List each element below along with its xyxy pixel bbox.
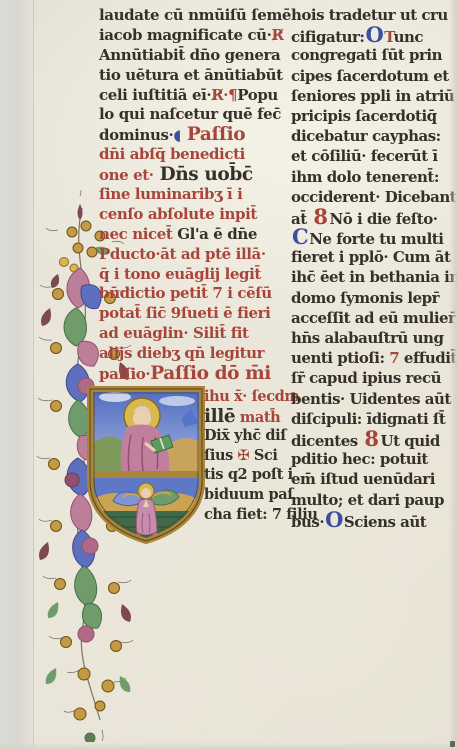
text-segment-ink: Sciens aūt: [344, 513, 426, 531]
text-line: hn̄s alabauſtrū ung: [291, 328, 457, 348]
text-segment-ink: domo ſymonis lepr̄: [291, 289, 439, 307]
text-segment-red: ✠: [238, 447, 250, 464]
text-line: dicentes 8Ut quid: [291, 429, 457, 449]
text-line: uenti ptioſi: 7 effudit̄: [291, 348, 457, 368]
text-segment-ink: Popu: [237, 86, 278, 104]
text-line: ſeniores ppli in atriū: [291, 86, 457, 106]
text-column-left: laudate cū nmūiſū ſemēiacob magnificate …: [99, 6, 291, 384]
text-line: et cōſiliū· fecerūt ī: [291, 146, 457, 166]
text-line: em̄ iſtud uenūdari: [291, 469, 457, 489]
text-line: acceſſit ad eū mulier̄: [291, 308, 457, 328]
text-segment-red: nec nicet̄: [99, 225, 172, 243]
text-line: ſr̄ capud ipius recū: [291, 368, 457, 388]
text-segment-ink: Nō i die feſto·: [330, 210, 438, 228]
miniature-divider-band: [90, 471, 202, 478]
text-line: laudate cū nmūiſū ſemē: [99, 6, 291, 26]
text-column-right: hois tradetur ut crucifigatur:OTunccongr…: [291, 5, 457, 530]
text-line: cifigatur:OTunc: [291, 25, 457, 45]
text-line: nec nicet̄ Gl'a ē dn̄e: [99, 225, 291, 245]
text-segment-ink: cifigatur:: [291, 28, 364, 46]
text-segment-ink: cipes ſacerdotum et: [291, 67, 449, 85]
text-line: CNe forte tu multi: [291, 227, 457, 247]
text-segment-ink: illē: [204, 406, 235, 427]
text-segment-red: potat̄ ſic̄ 9ſueti ē fieri: [99, 304, 270, 322]
text-line: pricipis ſacerdotiq̄: [291, 106, 457, 126]
text-segment-ink: bentis· Uidentes aūt: [291, 390, 451, 408]
text-segment-ink: Dn̄s uob̄c̄: [154, 164, 253, 185]
text-segment-ink: acceſſit ad eū mulier̄: [291, 309, 456, 327]
text-segment-ink: congregati ſūt prin: [291, 46, 442, 64]
text-segment-red: ihu x̄· ſecdm: [204, 388, 299, 405]
text-segment-red: 8: [364, 426, 378, 451]
text-line: dominus·◖ Paſſio: [99, 125, 291, 145]
text-line: ihc̄ ēet in bethania in: [291, 267, 457, 287]
page-bottom-edge-shadow: [0, 742, 457, 750]
text-segment-red: Paſſio: [181, 124, 245, 145]
text-segment-ink: biduum paſ: [204, 486, 293, 503]
text-segment-blue: ◖: [173, 126, 181, 144]
text-line: congregati ſūt prin: [291, 45, 457, 65]
text-line: cipes ſacerdotum et: [291, 66, 457, 86]
text-segment-ink: Dix̄ yhc̄ diſ: [204, 427, 286, 444]
text-segment-ink: Ut quid: [381, 432, 440, 450]
text-segment-red: ſine luminaribʒ ī i: [99, 185, 242, 203]
text-segment-ink: pditio hec: potuit: [291, 450, 428, 468]
text-segment-red: dn̄i abſq̄ benedicti: [99, 145, 245, 163]
text-segment-red: Pducto·āt ad ptē illā·: [99, 245, 266, 263]
text-segment-red: cenſo abſolute inpit̄: [99, 205, 257, 223]
text-segment-ink: ſeniores ppli in atriū: [291, 87, 454, 105]
text-segment-ink: ſius: [204, 447, 238, 464]
text-segment-ink: ihc̄ ēet in bethania in: [291, 268, 457, 286]
text-line: alijs diebʒ qn̄ legitur: [99, 344, 291, 364]
text-line: bentis· Uidentes aūt: [291, 389, 457, 409]
text-segment-ink: dicentes: [291, 432, 362, 450]
text-line: one et· Dn̄s uob̄c̄: [99, 165, 291, 185]
text-line: Pducto·āt ad ptē illā·: [99, 245, 291, 265]
text-line: tio uētura et ānūtiabūt: [99, 66, 291, 86]
text-line: paſſio·Paſſio dō m̄i: [99, 364, 291, 384]
manuscript-page: laudate cū nmūiſū ſemēiacob magnificate …: [0, 0, 457, 750]
text-segment-ink: dominus·: [99, 126, 173, 144]
text-line: multo; et dari paup: [291, 490, 457, 510]
text-segment-ink: tio uētura et ānūtiabūt: [99, 66, 283, 84]
miniature-panel: [85, 385, 207, 545]
text-segment-ink: ihm dolo tenerent̄:: [291, 168, 439, 186]
text-line: dn̄i abſq̄ benedicti: [99, 145, 291, 165]
text-segment-ink: dicebatur cayphas:: [291, 127, 441, 145]
text-segment-red: R̸·¶: [211, 86, 237, 104]
text-segment-ink: iacob magnificate cū·: [99, 26, 272, 44]
text-segment-red: paſſio·: [99, 365, 150, 383]
text-segment-red: ad euāglin· Silit̄ fit: [99, 324, 249, 342]
text-segment-red: one et·: [99, 166, 154, 184]
text-segment-red: alijs diebʒ qn̄ legitur: [99, 344, 264, 362]
text-segment-ink: fieret i pplō· Cum āt: [291, 248, 450, 266]
text-line: q̄ i tono euāglij legit̄: [99, 265, 291, 285]
text-segment-red: bn̄dictio petit̄ 7 i cēſū: [99, 284, 272, 302]
text-segment-ink: Annūtiabit̄ dn̄o genera: [99, 46, 280, 64]
text-segment-red: 7: [389, 349, 399, 367]
text-line: lo qui naſcetur quē fec̄: [99, 105, 291, 125]
text-segment-ink: laudate cū nmūiſū ſemē: [99, 6, 291, 24]
text-line: ihm dolo tenerent̄:: [291, 167, 457, 187]
text-segment-blue: O: [365, 22, 383, 47]
text-segment-ink: unc: [394, 28, 423, 46]
text-line: celi iuſtitiā eī·R̸·¶Popu: [99, 86, 291, 106]
text-segment-ink: Sci: [249, 447, 277, 464]
text-segment-ink: bus·: [291, 513, 324, 531]
text-segment-ink: Gl'a ē dn̄e: [172, 225, 257, 243]
text-segment-ink: Ne forte tu multi: [309, 230, 443, 248]
text-line: bus·OSciens aūt: [291, 510, 457, 530]
text-line: Annūtiabit̄ dn̄o genera: [99, 46, 291, 66]
text-segment-ink: tis q2 poſt i: [204, 466, 293, 483]
text-segment-ink: uenti ptioſi:: [291, 349, 389, 367]
text-line: fieret i pplō· Cum āt: [291, 247, 457, 267]
text-segment-blue: O: [325, 507, 343, 532]
page-corner-mark: [450, 741, 455, 747]
text-line: potat̄ ſic̄ 9ſueti ē fieri: [99, 304, 291, 324]
text-segment-ink: pricipis ſacerdotiq̄: [291, 107, 437, 125]
text-segment-ink: hn̄s alabauſtrū ung: [291, 329, 443, 347]
text-line: at̄ 8Nō i die feſto·: [291, 207, 457, 227]
text-segment-ink: et cōſiliū· fecerūt ī: [291, 147, 438, 165]
text-segment-ink: lo qui naſcetur quē fec̄: [99, 105, 281, 123]
page-right-edge-shadow: [449, 0, 457, 750]
text-line: ſine luminaribʒ ī i: [99, 185, 291, 205]
text-line: dicebatur cayphas:: [291, 126, 457, 146]
text-segment-blue: C: [292, 224, 308, 249]
text-segment-red: q̄ i tono euāglij legit̄: [99, 265, 261, 283]
text-line: bn̄dictio petit̄ 7 i cēſū: [99, 284, 291, 304]
text-line: ad euāglin· Silit̄ fit: [99, 324, 291, 344]
text-line: domo ſymonis lepr̄: [291, 288, 457, 308]
text-line: pditio hec: potuit: [291, 449, 457, 469]
text-segment-ink: celi iuſtitiā eī·: [99, 86, 211, 104]
miniature-st-matthew: [90, 389, 202, 473]
text-segment-ink: em̄ iſtud uenūdari: [291, 470, 435, 488]
text-segment-red: T: [384, 28, 393, 46]
text-segment-ink: multo; et dari paup: [291, 491, 444, 509]
text-line: cenſo abſolute inpit̄: [99, 205, 291, 225]
text-segment-ink: ſr̄ capud ipius recū: [291, 369, 441, 387]
text-segment-red: math̄: [235, 409, 280, 426]
text-segment-ink: occiderent· Dicebant: [291, 188, 456, 206]
text-line: iacob magnificate cū·R̸: [99, 26, 291, 46]
text-segment-red: 8: [313, 204, 327, 229]
text-segment-red: Paſſio dō m̄i: [150, 363, 271, 384]
text-segment-red: R̸: [272, 26, 284, 44]
miniature-angel: [90, 478, 202, 545]
